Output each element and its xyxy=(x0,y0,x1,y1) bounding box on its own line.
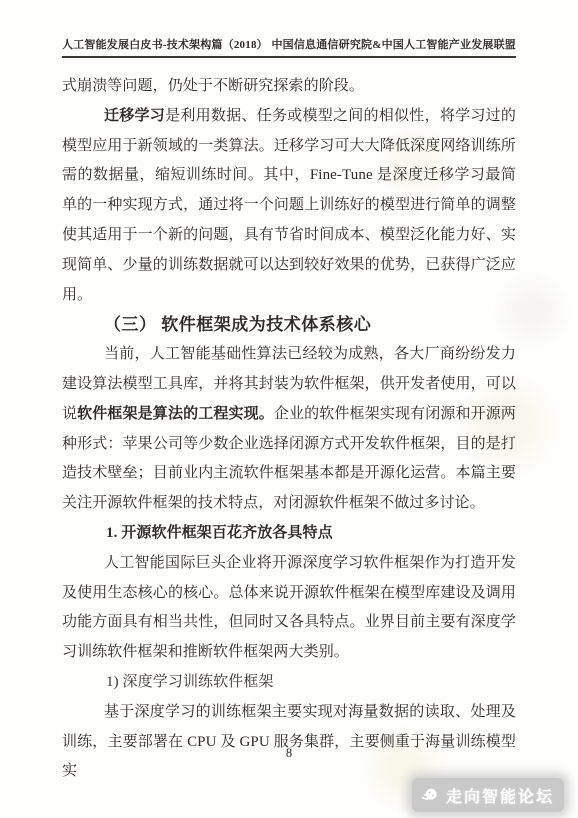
watermark-text: 走向智能论坛 xyxy=(446,784,554,807)
header-org-name: 中国信息通信研究院&中国人工智能产业发展联盟 xyxy=(271,36,516,52)
paragraph-text: 人工智能国际巨头企业将开源深度学习软件框架作为打造开发及使用生态核心的核心。总体… xyxy=(62,555,516,660)
paragraph-text: 是利用数据、任务或模型之间的相似性，将学习过的模型应用于新领域的一类算法。迁移学… xyxy=(62,108,516,303)
document-page: 人工智能发展白皮书-技术架构篇（2018） 中国信息通信研究院&中国人工智能产业… xyxy=(0,0,578,818)
paragraph-software-framework: 当前，人工智能基础性算法已经较为成熟，各大厂商纷纷发力建设算法模型工具库，并将其… xyxy=(62,340,516,519)
subsection-heading-text: 1. 开源软件框架百花齐放各具特点 xyxy=(106,525,333,541)
term-bold: 迁移学习 xyxy=(104,108,165,124)
paragraph-text: 基于深度学习的训练框架主要实现对海量数据的读取、处理及训练，主要部署在 CPU … xyxy=(62,704,516,780)
list-item-heading-text: 1) 深度学习训练软件框架 xyxy=(106,674,274,690)
watermark-badge: 走向智能论坛 xyxy=(412,778,564,812)
page-header: 人工智能发展白皮书-技术架构篇（2018） 中国信息通信研究院&中国人工智能产业… xyxy=(62,36,516,58)
page-number: 8 xyxy=(0,746,578,761)
section-heading-text: （三） 软件框架成为技术体系核心 xyxy=(104,315,371,334)
subsection-heading: 1. 开源软件框架百花齐放各具特点 xyxy=(62,519,516,549)
forum-logo-icon xyxy=(420,785,440,805)
emphasis-bold: 软件框架是算法的工程实现。 xyxy=(77,406,274,422)
paragraph-continuation: 式崩溃等问题，仍处于不断研究探索的阶段。 xyxy=(62,72,516,102)
paragraph-training-framework: 基于深度学习的训练框架主要实现对海量数据的读取、处理及训练，主要部署在 CPU … xyxy=(62,698,516,787)
paragraph-text: 式崩溃等问题，仍处于不断研究探索的阶段。 xyxy=(62,78,364,94)
header-doc-title: 人工智能发展白皮书-技术架构篇（2018） xyxy=(62,36,268,52)
document-body: 式崩溃等问题，仍处于不断研究探索的阶段。 迁移学习是利用数据、任务或模型之间的相… xyxy=(62,72,516,787)
section-heading: （三） 软件框架成为技术体系核心 xyxy=(62,310,516,340)
paragraph-transfer-learning: 迁移学习是利用数据、任务或模型之间的相似性，将学习过的模型应用于新领域的一类算法… xyxy=(62,102,516,311)
list-item-heading: 1) 深度学习训练软件框架 xyxy=(62,668,516,698)
paragraph-open-source: 人工智能国际巨头企业将开源深度学习软件框架作为打造开发及使用生态核心的核心。总体… xyxy=(62,549,516,668)
